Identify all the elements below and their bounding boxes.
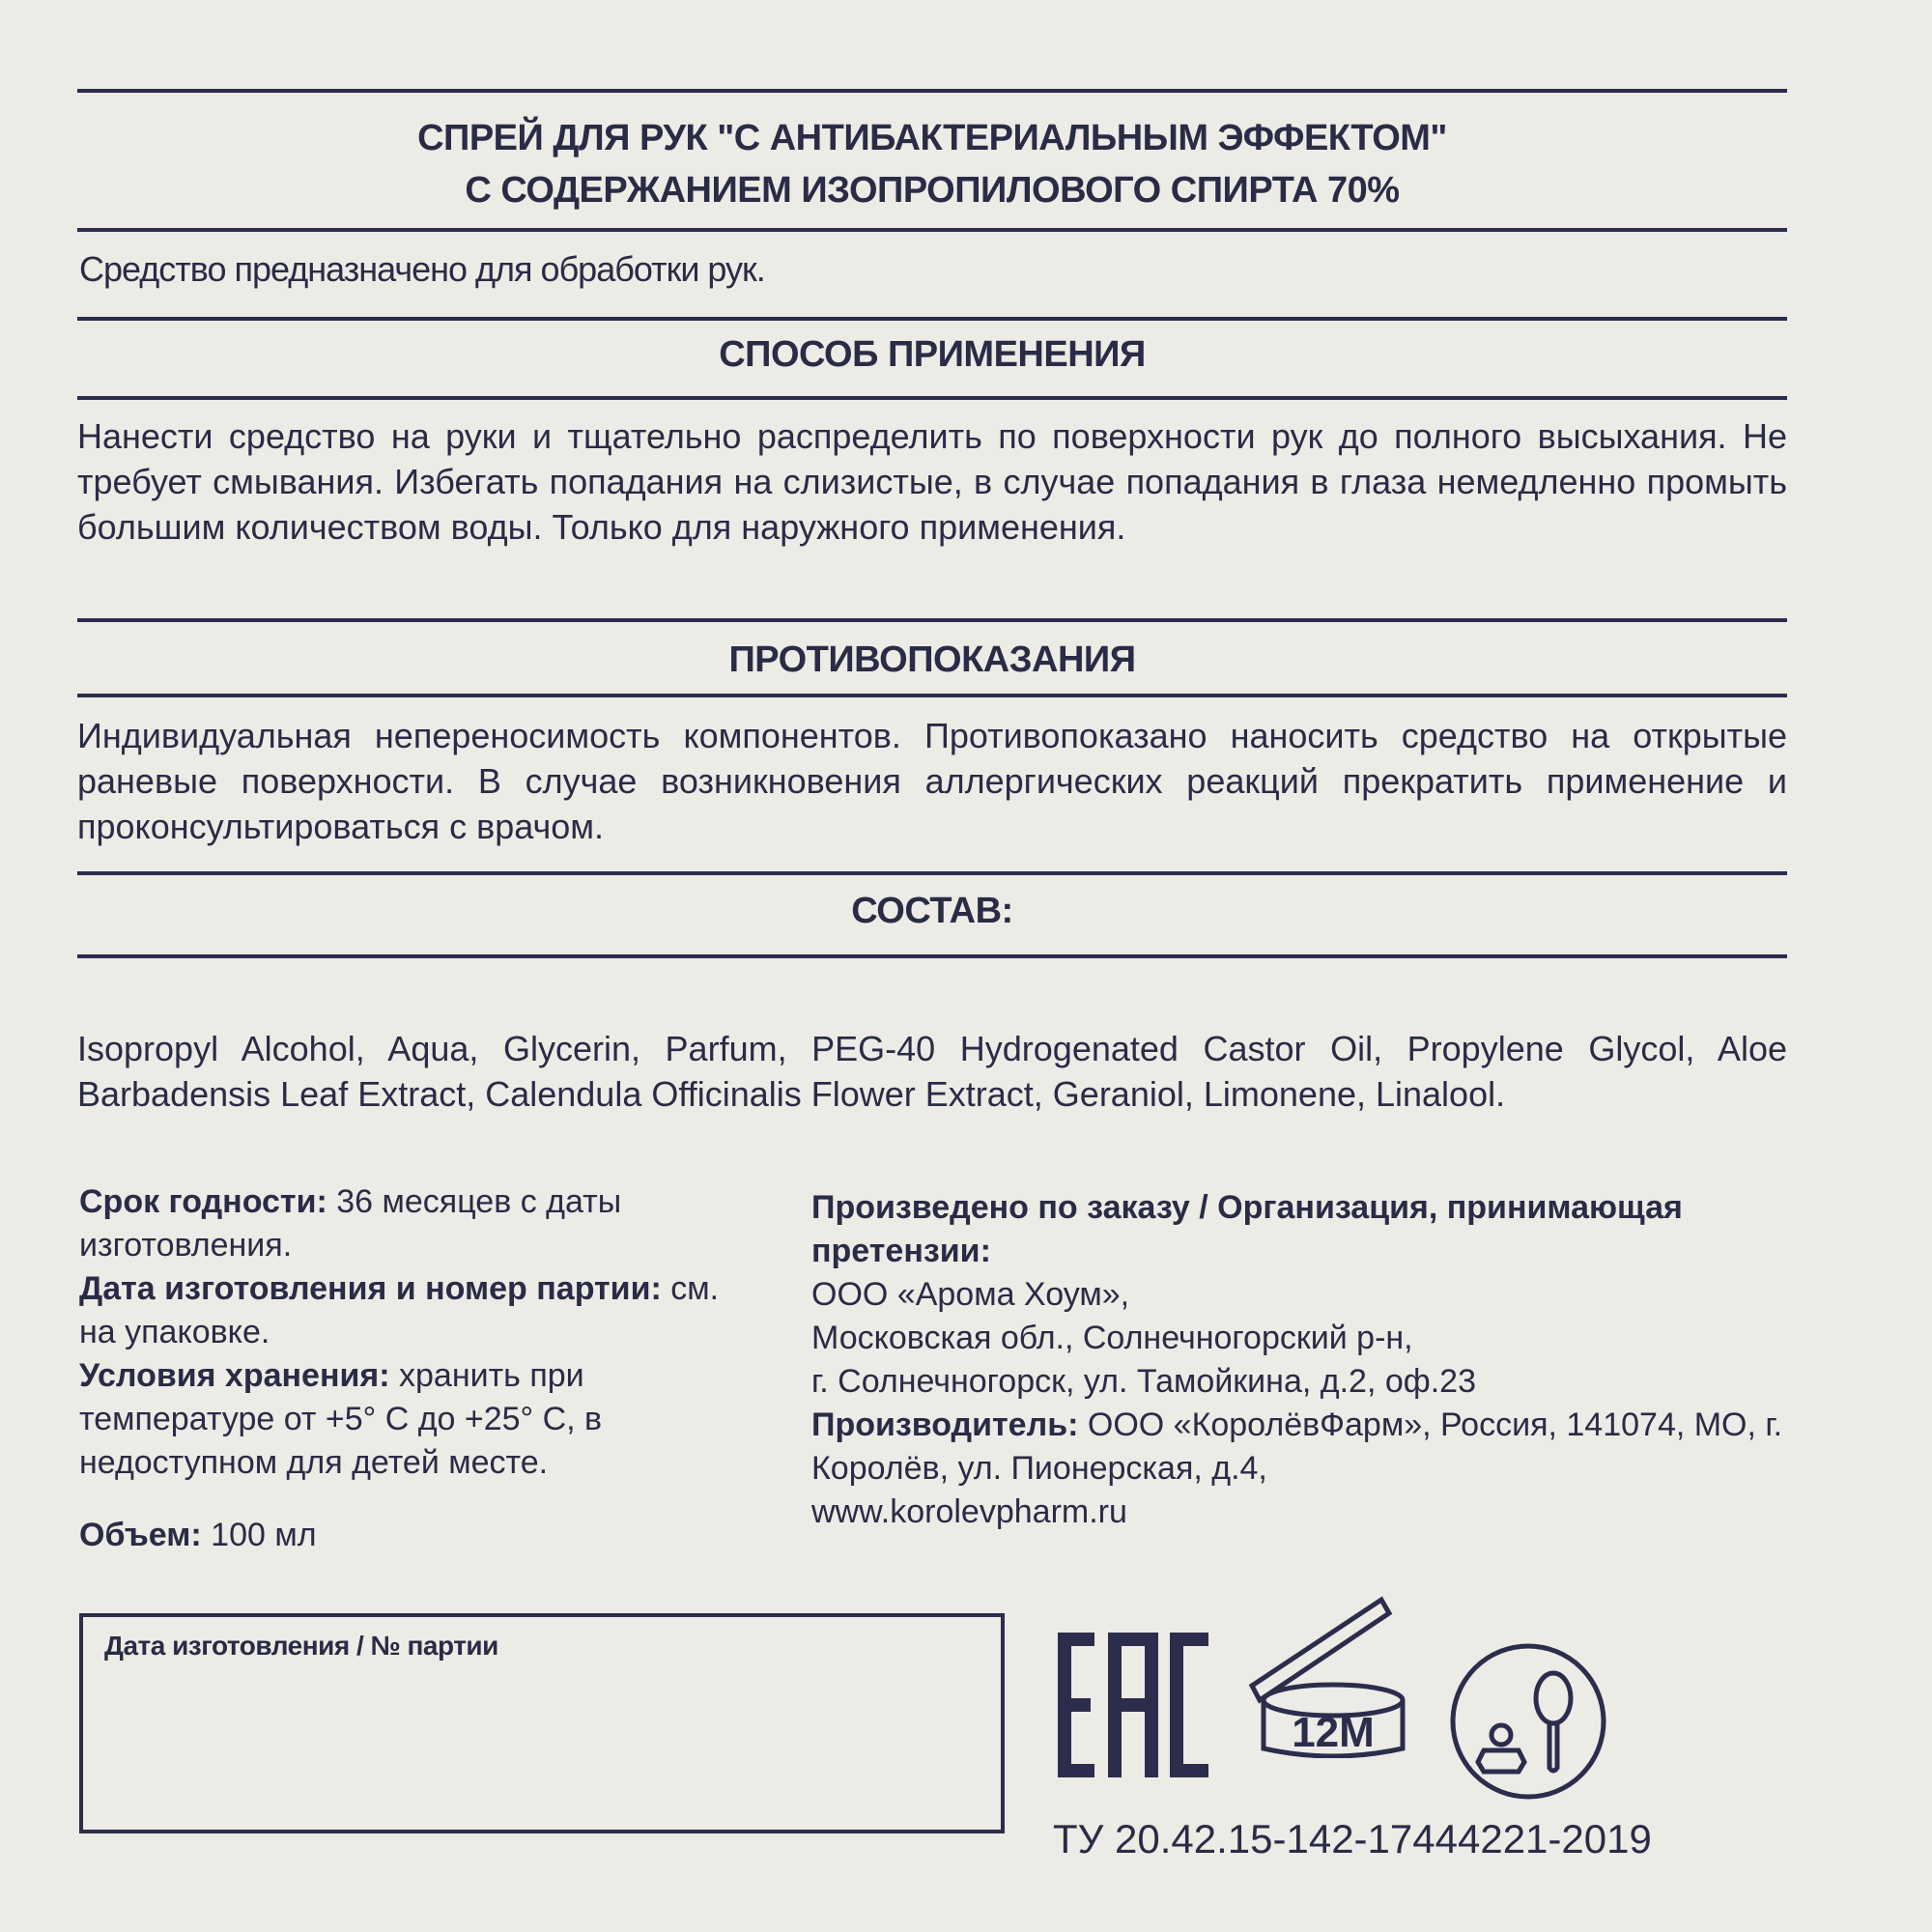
- technical-conditions: ТУ 20.42.15-142-17444221-2019: [1053, 1816, 1652, 1862]
- period-after-opening-icon: 12M: [1246, 1594, 1410, 1758]
- divider: [77, 954, 1787, 958]
- lot-box-label: Дата изготовления / № партии: [104, 1631, 498, 1662]
- usage-text: Нанести средство на руки и тщательно рас…: [77, 413, 1787, 550]
- info-right: Произведено по заказу / Организация, при…: [811, 1186, 1835, 1534]
- cosmetic-mirror-icon: [1449, 1642, 1608, 1802]
- divider: [77, 317, 1787, 321]
- org-address2: г. Солнечногорск, ул. Тамойкина, д.2, оф…: [811, 1360, 1835, 1404]
- org-name: ООО «Арома Хоум»,: [811, 1273, 1835, 1317]
- divider: [77, 228, 1787, 232]
- svg-text:12M: 12M: [1292, 1709, 1375, 1756]
- manufacturer: Производитель: ООО «КоролёвФарм», Россия…: [811, 1404, 1835, 1491]
- divider: [77, 89, 1787, 93]
- divider: [77, 694, 1787, 697]
- ordered-by-label: Произведено по заказу / Организация, при…: [811, 1186, 1835, 1273]
- contraindications-heading: ПРОТИВОПОКАЗАНИЯ: [77, 639, 1787, 681]
- contraindications-text: Индивидуальная непереносимость компонент…: [77, 713, 1787, 849]
- info-left: Срок годности: 36 месяцев с даты изготов…: [79, 1180, 755, 1557]
- composition-heading: СОСТАВ:: [77, 891, 1787, 932]
- usage-heading: СПОСОБ ПРИМЕНЕНИЯ: [77, 334, 1787, 376]
- product-title-line2: С СОДЕРЖАНИЕМ ИЗОПРОПИЛОВОГО СПИРТА 70%: [77, 170, 1787, 212]
- shelf-life: Срок годности: 36 месяцев с даты изготов…: [79, 1180, 755, 1267]
- divider: [77, 618, 1787, 622]
- batch-info: Дата изготовления и номер партии: см. на…: [79, 1267, 755, 1354]
- website-link[interactable]: www.korolevpharm.ru: [811, 1491, 1835, 1534]
- eac-mark-icon: [1058, 1633, 1212, 1777]
- product-title-line1: СПРЕЙ ДЛЯ РУК "С АНТИБАКТЕРИАЛЬНЫМ ЭФФЕК…: [77, 118, 1787, 159]
- volume: Объем: 100 мл: [79, 1514, 755, 1557]
- purpose-text: Средство предназначено для обработки рук…: [79, 249, 765, 290]
- org-address1: Московская обл., Солнечногорский р-н,: [811, 1317, 1835, 1360]
- storage-conditions: Условия хранения: хранить при температур…: [79, 1354, 755, 1485]
- lot-box: Дата изготовления / № партии: [79, 1613, 1005, 1833]
- composition-text: Isopropyl Alcohol, Aqua, Glycerin, Parfu…: [77, 1026, 1787, 1117]
- divider: [77, 396, 1787, 400]
- divider: [77, 871, 1787, 875]
